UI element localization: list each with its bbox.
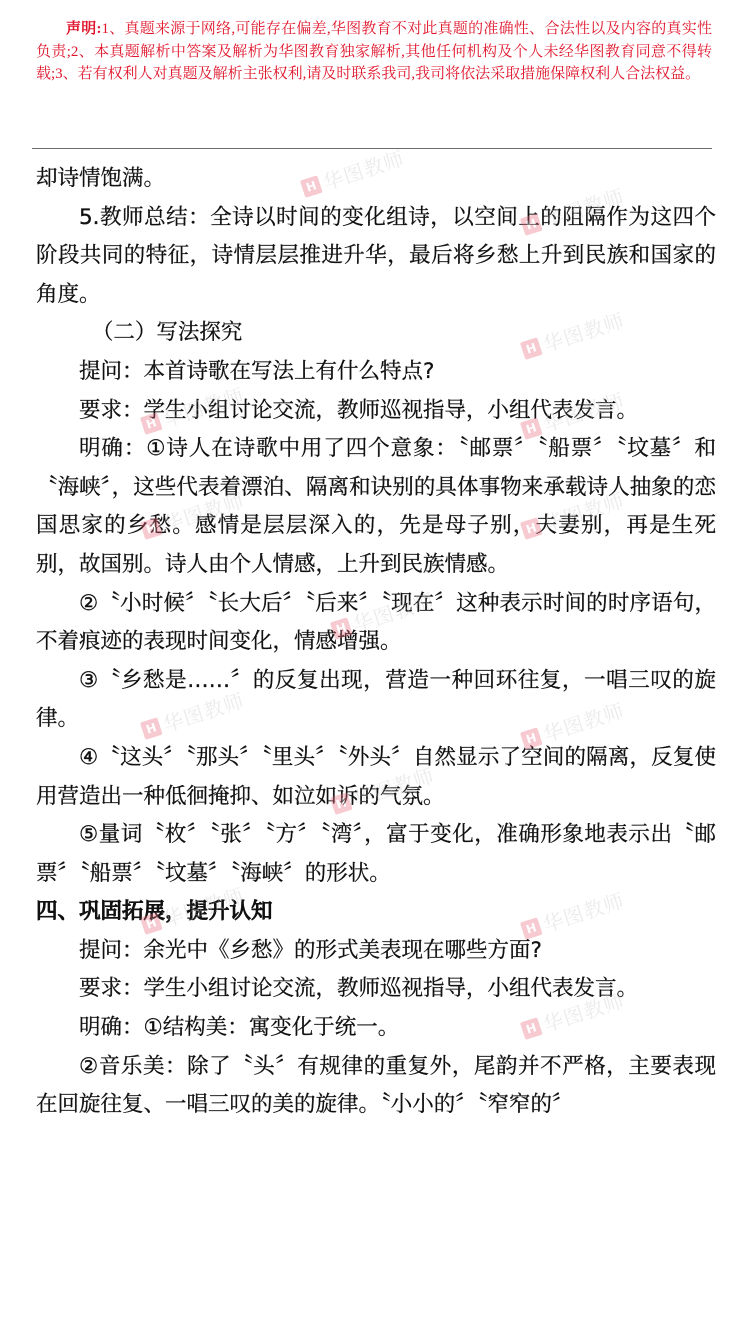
paragraph-answer-2: ②〝小时候〞〝长大后〞〝后来〞〝现在〞这种表示时间的时序语句，不着痕迹的表现时间…	[36, 585, 716, 662]
paragraph-answer-3: ③〝乡愁是……〞的反复出现，营造一种回环往复，一唱三叹的旋律。	[36, 662, 716, 739]
paragraph-requirement: 要求：学生小组讨论交流，教师巡视指导，小组代表发言。	[36, 392, 716, 431]
paragraph-teacher-summary: 5.教师总结：全诗以时间的变化组诗，以空间上的阻隔作为这四个阶段共同的特征，诗情…	[36, 199, 716, 315]
document-body: 却诗情饱满。 5.教师总结：全诗以时间的变化组诗，以空间上的阻隔作为这四个阶段共…	[36, 160, 716, 1125]
disclaimer-text: 1、真题来源于网络,可能存在偏差,华图教育不对此真题的准确性、合法性以及内容的真…	[36, 21, 712, 82]
paragraph-requirement-2: 要求：学生小组讨论交流，教师巡视指导，小组代表发言。	[36, 970, 716, 1009]
section-heading-consolidate: 四、巩固拓展，提升认知	[36, 893, 716, 932]
disclaimer-notice: 声明:1、真题来源于网络,可能存在偏差,华图教育不对此真题的准确性、合法性以及内…	[36, 18, 712, 86]
paragraph-answer-1: 明确：①诗人在诗歌中用了四个意象：〝邮票〞〝船票〞〝坟墓〞和〝海峡〞，这些代表着…	[36, 430, 716, 584]
paragraph-continuation: 却诗情饱满。	[36, 160, 716, 199]
paragraph-answer-4: ④〝这头〞〝那头〞〝里头〞〝外头〞自然显示了空间的隔离，反复使用营造出一种低徊掩…	[36, 739, 716, 816]
subheading-writing-method: （二）写法探究	[36, 314, 716, 353]
paragraph-answer-music: ②音乐美：除了〝头〞有规律的重复外，尾韵并不严格，主要表现在回旋往复、一唱三叹的…	[36, 1048, 716, 1125]
paragraph-answer-structure: 明确：①结构美：寓变化于统一。	[36, 1009, 716, 1048]
paragraph-question: 提问：本首诗歌在写法上有什么特点?	[36, 353, 716, 392]
paragraph-question-2: 提问：余光中《乡愁》的形式美表现在哪些方面?	[36, 932, 716, 971]
paragraph-answer-5: ⑤量词〝枚〞〝张〞〝方〞〝湾〞，富于变化，准确形象地表示出〝邮票〞〝船票〞〝坟墓…	[36, 816, 716, 893]
disclaimer-lead: 声明:	[66, 21, 102, 37]
header-divider	[32, 148, 712, 149]
